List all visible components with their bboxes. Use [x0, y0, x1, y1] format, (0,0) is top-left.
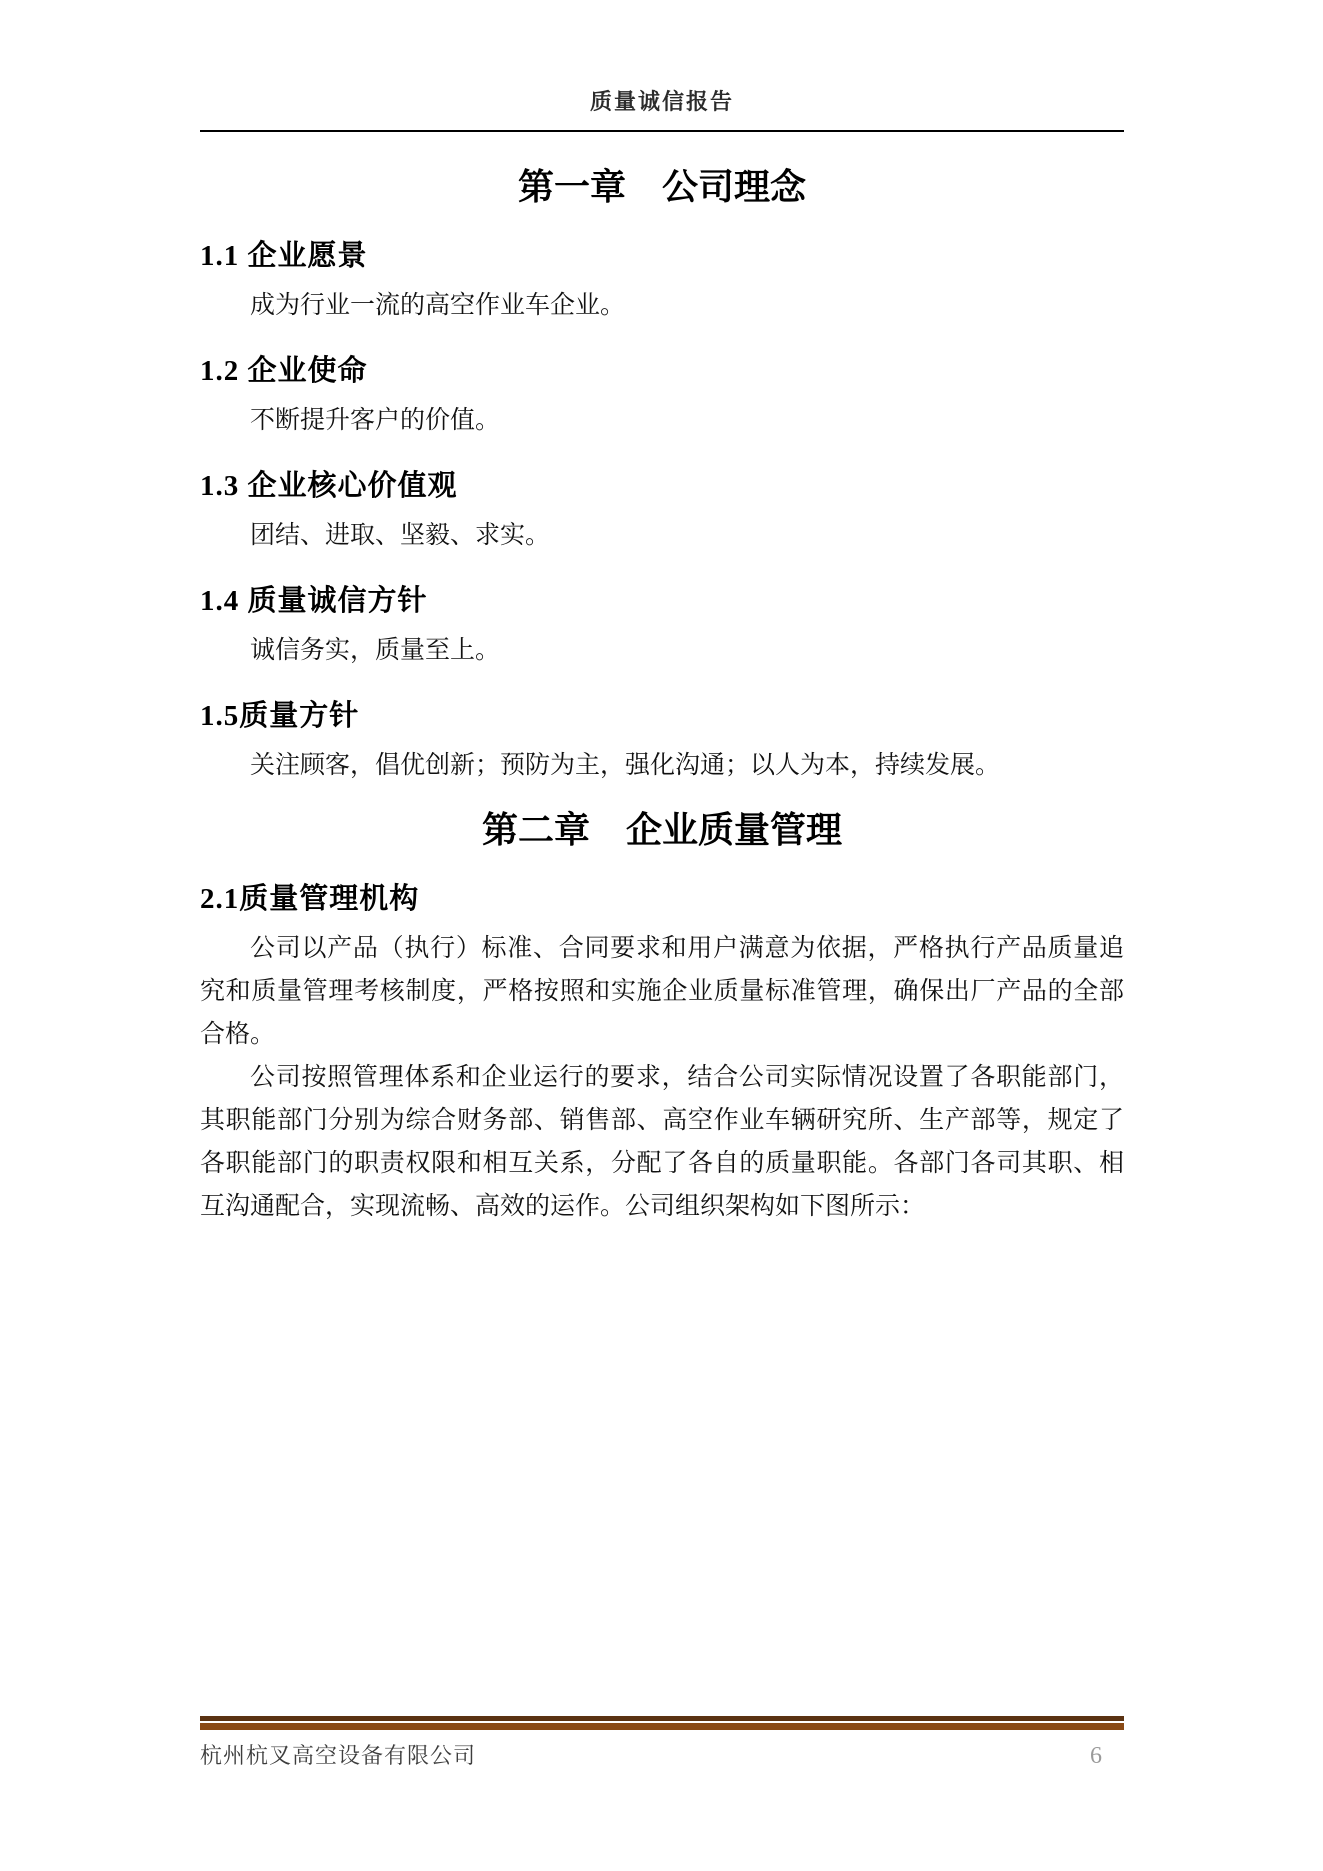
section-heading-1-4: 1.4 质量诚信方针: [200, 585, 1124, 617]
section-heading-1-1: 1.1 企业愿景: [200, 240, 1124, 272]
section-body-1-5: 关注顾客，倡优创新；预防为主，强化沟通；以人为本，持续发展。: [200, 744, 1124, 787]
footer-company-name: 杭州杭叉高空设备有限公司: [200, 1739, 476, 1770]
section-2-1-paragraph-2: 公司按照管理体系和企业运行的要求，结合公司实际情况设置了各职能部门，其职能部门分…: [200, 1056, 1124, 1228]
page-footer: 杭州杭叉高空设备有限公司 6: [200, 1716, 1124, 1770]
page-content: 质量诚信报告 第一章 公司理念 1.1 企业愿景 成为行业一流的高空作业车企业。…: [200, 0, 1124, 1228]
header-title: 质量诚信报告: [590, 89, 734, 114]
footer-row: 杭州杭叉高空设备有限公司 6: [200, 1739, 1124, 1770]
chapter-2-title: 第二章 企业质量管理: [200, 805, 1124, 855]
document-page: 质量诚信报告 第一章 公司理念 1.1 企业愿景 成为行业一流的高空作业车企业。…: [0, 0, 1323, 1871]
section-body-1-1: 成为行业一流的高空作业车企业。: [200, 284, 1124, 327]
page-header: 质量诚信报告: [200, 0, 1124, 132]
section-heading-1-3: 1.3 企业核心价值观: [200, 470, 1124, 502]
chapter-1-title: 第一章 公司理念: [200, 162, 1124, 212]
section-heading-2-1: 2.1质量管理机构: [200, 883, 1124, 915]
section-body-1-3: 团结、进取、坚毅、求实。: [200, 514, 1124, 557]
section-heading-1-2: 1.2 企业使命: [200, 355, 1124, 387]
section-body-1-4: 诚信务实，质量至上。: [200, 629, 1124, 672]
footer-rule-brown: [200, 1723, 1124, 1730]
section-2-1-paragraph-1: 公司以产品（执行）标准、合同要求和用户满意为依据，严格执行产品质量追究和质量管理…: [200, 927, 1124, 1056]
section-body-1-2: 不断提升客户的价值。: [200, 399, 1124, 442]
page-number: 6: [1090, 1743, 1124, 1770]
section-heading-1-5: 1.5质量方针: [200, 700, 1124, 732]
